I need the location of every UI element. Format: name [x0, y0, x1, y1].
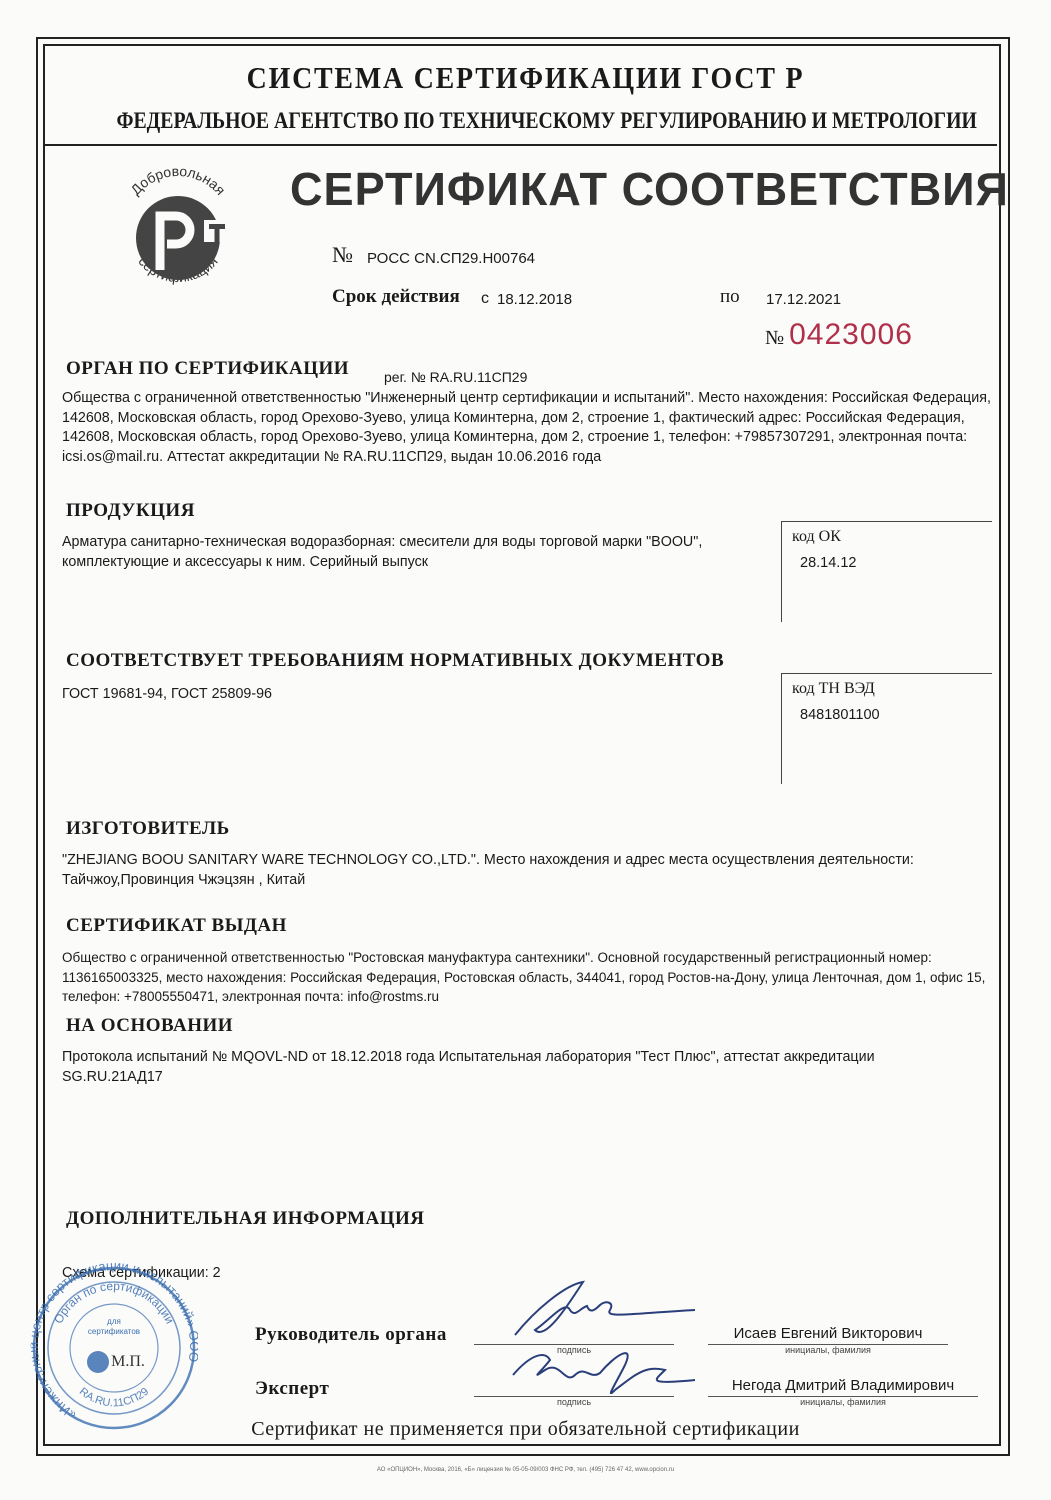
tnved-code-value: 8481801100 [800, 707, 880, 723]
valid-to: 17.12.2021 [766, 291, 841, 308]
basis-text: Протокола испытаний № MQOVL-ND от 18.12.… [62, 1048, 922, 1087]
from-label: с [481, 290, 489, 308]
blank-number-value: 0423006 [789, 318, 913, 351]
system-title: СИСТЕМА СЕРТИФИКАЦИИ ГОСТ Р [53, 60, 999, 96]
issued-to-text: Общество с ограниченной ответственностью… [62, 948, 992, 1007]
svg-text:RA.RU.11СП29: RA.RU.11СП29 [77, 1386, 151, 1410]
svg-text:М.П.: М.П. [111, 1353, 145, 1370]
agency-title: ФЕДЕРАЛЬНОЕ АГЕНТСТВО ПО ТЕХНИЧЕСКОМУ РЕ… [117, 108, 934, 134]
ok-code-box: код ОК 28.14.12 [781, 521, 992, 622]
rst-logo-icon: Добровольная сертификация [108, 158, 248, 298]
additional-heading: ДОПОЛНИТЕЛЬНАЯ ИНФОРМАЦИЯ [66, 1208, 425, 1230]
expert-label: Эксперт [255, 1378, 329, 1400]
blank-number: № 0423006 [765, 318, 913, 352]
products-heading: ПРОДУКЦИЯ [66, 500, 195, 522]
tnved-code-label: код ТН ВЭД [792, 680, 875, 698]
basis-heading: НА ОСНОВАНИИ [66, 1015, 233, 1037]
stamp-seal-icon: «Инженерный центр сертификации и испытан… [30, 1262, 198, 1434]
number-label: № [332, 242, 353, 268]
conformity-heading: СООТВЕТСТВУЕТ ТРЕБОВАНИЯМ НОРМАТИВНЫХ ДО… [66, 650, 724, 672]
blank-number-label: № [765, 327, 784, 349]
certificate-page: { "header": { "system_title": "СИСТЕМА С… [0, 0, 1051, 1500]
certification-body-heading: ОРГАН ПО СЕРТИФИКАЦИИ [66, 358, 349, 380]
certificate-number: РОСС CN.СП29.Н00764 [367, 250, 535, 267]
ok-code-label: код ОК [792, 528, 841, 546]
svg-text:для: для [107, 1317, 121, 1326]
expert-name-caption: инициалы, фамилия [708, 1397, 978, 1407]
expert-name: Негода Дмитрий Владимирович [708, 1377, 978, 1394]
tnved-code-box: код ТН ВЭД 8481801100 [781, 673, 992, 784]
svg-text:сертификатов: сертификатов [88, 1327, 140, 1336]
to-label: по [720, 286, 740, 308]
expert-signature-icon [505, 1335, 705, 1410]
certificate-title: СЕРТИФИКАТ СООТВЕТСТВИЯ [290, 162, 1009, 216]
certification-body-reg: рег. № RA.RU.11СП29 [384, 369, 527, 385]
manufacturer-heading: ИЗГОТОВИТЕЛЬ [66, 818, 230, 840]
products-text: Арматура санитарно-техническая водоразбо… [62, 533, 742, 572]
manufacturer-text: "ZHEJIANG BOOU SANITARY WARE TECHNOLOGY … [62, 851, 992, 890]
certification-body-text: Общества с ограниченной ответственностью… [62, 389, 992, 467]
head-name-caption: инициалы, фамилия [708, 1345, 948, 1355]
ok-code-value: 28.14.12 [800, 555, 856, 571]
issued-to-heading: СЕРТИФИКАТ ВЫДАН [66, 915, 287, 937]
printer-line: АО «ОПЦИОН», Москва, 2016, «Б» лицензия … [0, 1467, 1051, 1473]
head-label: Руководитель органа [255, 1324, 447, 1346]
footer-note: Сертификат не применяется при обязательн… [0, 1418, 1051, 1441]
head-name: Исаев Евгений Викторович [708, 1325, 948, 1342]
header-divider [45, 144, 997, 146]
validity-label: Срок действия [332, 286, 460, 308]
valid-from: 18.12.2018 [497, 291, 572, 308]
svg-text:Добровольная: Добровольная [127, 163, 228, 198]
